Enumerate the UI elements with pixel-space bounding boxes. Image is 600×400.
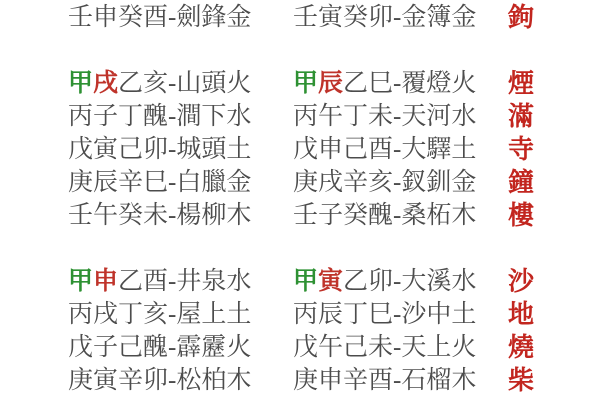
pair-cell-left: 戊寅己卯-城頭土 xyxy=(68,133,293,166)
pair-text: 戊午己未-天上火 xyxy=(293,334,476,361)
stem-char-green: 甲 xyxy=(293,268,318,295)
pair-cell-left: 戊子己醜-霹靂火 xyxy=(68,331,293,364)
table-row: 甲戌乙亥-山頭火 甲辰乙巳-覆燈火 煙 xyxy=(68,67,534,100)
branch-char-red: 辰 xyxy=(318,70,343,97)
pair-text: 戊申己酉-大驛土 xyxy=(293,136,476,163)
nayin-table: 壬申癸酉-劍鋒金 壬寅癸卯-金簿金 鉤 甲戌乙亥-山頭火 甲辰乙巳-覆燈火 煙 … xyxy=(68,1,534,397)
pair-text: 丙戌丁亥-屋上土 xyxy=(68,301,251,328)
pair-cell-right: 丙午丁未-天河水 xyxy=(293,100,508,133)
pair-text: 壬寅癸卯-金簿金 xyxy=(293,4,476,31)
pair-text: 乙巳-覆燈火 xyxy=(343,70,476,97)
pair-text: 乙亥-山頭火 xyxy=(118,70,251,97)
stem-char-green: 甲 xyxy=(68,70,93,97)
marker-char: 煙 xyxy=(508,67,534,100)
pair-cell-right: 戊午己未-天上火 xyxy=(293,331,508,364)
pair-text: 庚辰辛巳-白臘金 xyxy=(68,169,251,196)
pair-cell-right: 丙辰丁巳-沙中土 xyxy=(293,298,508,331)
marker-char: 寺 xyxy=(508,133,534,166)
pair-cell-left: 壬午癸未-楊柳木 xyxy=(68,199,293,232)
table-row: 丙子丁醜-澗下水 丙午丁未-天河水 滿 xyxy=(68,100,534,133)
table-row: 丙戌丁亥-屋上土 丙辰丁巳-沙中土 地 xyxy=(68,298,534,331)
pair-cell-right: 庚戌辛亥-釵釧金 xyxy=(293,166,508,199)
branch-char-red: 戌 xyxy=(93,70,118,97)
pair-cell-left: 庚辰辛巳-白臘金 xyxy=(68,166,293,199)
table-row: 壬申癸酉-劍鋒金 壬寅癸卯-金簿金 鉤 xyxy=(68,1,534,34)
marker-char: 滿 xyxy=(508,100,534,133)
pair-cell-left: 庚寅辛卯-松柏木 xyxy=(68,364,293,397)
pair-text: 庚戌辛亥-釵釧金 xyxy=(293,169,476,196)
nayin-section-1: 壬申癸酉-劍鋒金 壬寅癸卯-金簿金 鉤 xyxy=(68,1,534,34)
table-row: 庚寅辛卯-松柏木 庚申辛酉-石榴木 柴 xyxy=(68,364,534,397)
table-row: 戊子己醜-霹靂火 戊午己未-天上火 燒 xyxy=(68,331,534,364)
pair-text: 庚申辛酉-石榴木 xyxy=(293,367,476,394)
table-row: 庚辰辛巳-白臘金 庚戌辛亥-釵釧金 鐘 xyxy=(68,166,534,199)
pair-text: 壬午癸未-楊柳木 xyxy=(68,202,251,229)
pair-cell-right: 戊申己酉-大驛土 xyxy=(293,133,508,166)
marker-char: 鉤 xyxy=(508,1,534,34)
pair-cell-left: 甲戌乙亥-山頭火 xyxy=(68,67,293,100)
pair-text: 丙辰丁巳-沙中土 xyxy=(293,301,476,328)
pair-cell-left: 丙子丁醜-澗下水 xyxy=(68,100,293,133)
pair-text: 乙酉-井泉水 xyxy=(118,268,251,295)
branch-char-red: 申 xyxy=(93,268,118,295)
pair-text: 壬子癸醜-桑柘木 xyxy=(293,202,476,229)
table-row: 戊寅己卯-城頭土 戊申己酉-大驛土 寺 xyxy=(68,133,534,166)
marker-char: 樓 xyxy=(508,199,534,232)
stem-char-green: 甲 xyxy=(68,268,93,295)
nayin-section-2: 甲戌乙亥-山頭火 甲辰乙巳-覆燈火 煙 丙子丁醜-澗下水 丙午丁未-天河水 滿 … xyxy=(68,67,534,232)
pair-cell-left: 甲申乙酉-井泉水 xyxy=(68,265,293,298)
pair-text: 庚寅辛卯-松柏木 xyxy=(68,367,251,394)
nayin-section-3: 甲申乙酉-井泉水 甲寅乙卯-大溪水 沙 丙戌丁亥-屋上土 丙辰丁巳-沙中土 地 … xyxy=(68,265,534,397)
pair-text: 乙卯-大溪水 xyxy=(343,268,476,295)
marker-char: 沙 xyxy=(508,265,534,298)
marker-char: 鐘 xyxy=(508,166,534,199)
stem-char-green: 甲 xyxy=(293,70,318,97)
marker-char: 柴 xyxy=(508,364,534,397)
pair-cell-right: 壬寅癸卯-金簿金 xyxy=(293,1,508,34)
pair-cell-right: 壬子癸醜-桑柘木 xyxy=(293,199,508,232)
pair-text: 戊寅己卯-城頭土 xyxy=(68,136,251,163)
table-row: 壬午癸未-楊柳木 壬子癸醜-桑柘木 樓 xyxy=(68,199,534,232)
pair-cell-left: 丙戌丁亥-屋上土 xyxy=(68,298,293,331)
pair-cell-right: 庚申辛酉-石榴木 xyxy=(293,364,508,397)
marker-char: 燒 xyxy=(508,331,534,364)
table-row: 甲申乙酉-井泉水 甲寅乙卯-大溪水 沙 xyxy=(68,265,534,298)
pair-text: 丙午丁未-天河水 xyxy=(293,103,476,130)
pair-text: 丙子丁醜-澗下水 xyxy=(68,103,251,130)
pair-text: 戊子己醜-霹靂火 xyxy=(68,334,251,361)
branch-char-red: 寅 xyxy=(318,268,343,295)
pair-cell-left: 壬申癸酉-劍鋒金 xyxy=(68,1,293,34)
pair-cell-right: 甲寅乙卯-大溪水 xyxy=(293,265,508,298)
pair-cell-right: 甲辰乙巳-覆燈火 xyxy=(293,67,508,100)
marker-char: 地 xyxy=(508,298,534,331)
pair-text: 壬申癸酉-劍鋒金 xyxy=(68,4,251,31)
